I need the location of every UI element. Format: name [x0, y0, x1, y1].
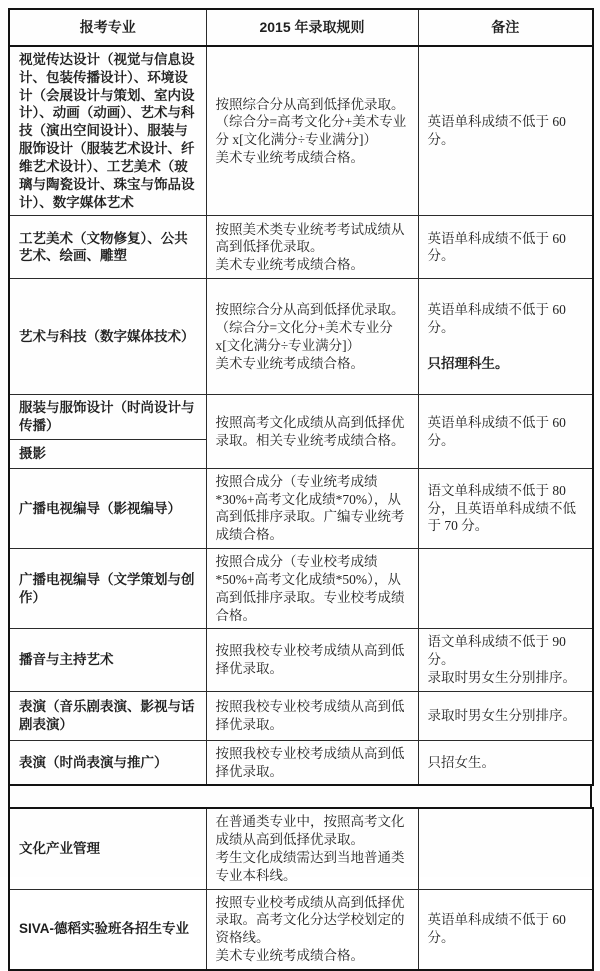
table-row: 工艺美术（文物修复）、公共艺术、绘画、雕塑 按照美术类专业统考考试成绩从高到低择… [9, 216, 593, 279]
table-row: 艺术与科技（数字媒体技术） 按照综合分从高到低择优录取。 （综合分=文化分+美术… [9, 279, 593, 395]
table-row: 广播电视编导（影视编导） 按照合成分（专业统考成绩*30%+高考文化成绩*70%… [9, 468, 593, 548]
note-text-bold: 只招理科生。 [428, 355, 584, 373]
rule-cell: 按照专业校考成绩从高到低择优录取。高考文化分达学校划定的资格线。 美术专业统考成… [206, 889, 418, 970]
rule-cell: 按照我校专业校考成绩从高到低择优录取。 [206, 740, 418, 785]
major-cell: 文化产业管理 [9, 808, 206, 889]
rule-cell: 在普通类专业中，按照高考文化成绩从高到低择优录取。 考生文化成绩需达到当地普通类… [206, 808, 418, 889]
note-cell: 英语单科成绩不低于 60 分。 [418, 889, 593, 970]
note-cell: 语文单科成绩不低于 90 分。 录取时男女生分别排序。 [418, 629, 593, 691]
rule-cell: 按照高考文化成绩从高到低择优录取。相关专业统考成绩合格。 [206, 395, 418, 469]
table-row: 视觉传达设计（视觉与信息设计、包装传播设计）、环境设计（会展设计与策划、室内设计… [9, 46, 593, 216]
major-cell: 表演（音乐剧表演、影视与话剧表演） [9, 691, 206, 740]
note-cell: 录取时男女生分别排序。 [418, 691, 593, 740]
document-page: 报考专业 2015 年录取规则 备注 视觉传达设计（视觉与信息设计、包装传播设计… [0, 0, 600, 877]
rule-cell: 按照我校专业校考成绩从高到低择优录取。 [206, 691, 418, 740]
major-cell: 服装与服饰设计（时尚设计与传播） [9, 395, 206, 440]
note-cell: 英语单科成绩不低于 60 分。 [418, 216, 593, 279]
major-cell: SIVA-德稻实验班各招生专业 [9, 889, 206, 970]
general-majors-table: 文化产业管理 在普通类专业中，按照高考文化成绩从高到低择优录取。 考生文化成绩需… [8, 807, 594, 971]
rule-cell: 按照合成分（专业统考成绩*30%+高考文化成绩*70%），从高到低排序录取。广编… [206, 468, 418, 548]
header-rule: 2015 年录取规则 [206, 9, 418, 46]
rule-cell: 按照综合分从高到低择优录取。 （综合分=高考文化分+美术专业分 x[文化满分÷专… [206, 46, 418, 216]
header-major: 报考专业 [9, 9, 206, 46]
major-cell: 摄影 [9, 439, 206, 468]
note-cell: 只招女生。 [418, 740, 593, 785]
table-row: 表演（音乐剧表演、影视与话剧表演） 按照我校专业校考成绩从高到低择优录取。 录取… [9, 691, 593, 740]
major-cell: 广播电视编导（影视编导） [9, 468, 206, 548]
table-row: 播音与主持艺术 按照我校专业校考成绩从高到低择优录取。 语文单科成绩不低于 90… [9, 629, 593, 691]
note-cell: 英语单科成绩不低于 60 分。 只招理科生。 [418, 279, 593, 395]
major-cell: 视觉传达设计（视觉与信息设计、包装传播设计）、环境设计（会展设计与策划、室内设计… [9, 46, 206, 216]
header-note: 备注 [418, 9, 593, 46]
header-row: 报考专业 2015 年录取规则 备注 [9, 9, 593, 46]
rule-cell: 按照美术类专业统考考试成绩从高到低择优录取。 美术专业统考成绩合格。 [206, 216, 418, 279]
note-text: 英语单科成绩不低于 60 分。 [428, 301, 584, 337]
note-cell [418, 808, 593, 889]
note-cell: 英语单科成绩不低于 60 分。 [418, 395, 593, 469]
table-row: 服装与服饰设计（时尚设计与传播） 按照高考文化成绩从高到低择优录取。相关专业统考… [9, 395, 593, 440]
major-cell: 工艺美术（文物修复）、公共艺术、绘画、雕塑 [9, 216, 206, 279]
table-row: 表演（时尚表演与推广） 按照我校专业校考成绩从高到低择优录取。 只招女生。 [9, 740, 593, 785]
table-separator [8, 786, 592, 807]
major-cell: 表演（时尚表演与推广） [9, 740, 206, 785]
note-cell: 语文单科成绩不低于 80 分，且英语单科成绩不低于 70 分。 [418, 468, 593, 548]
rule-cell: 按照合成分（专业校考成绩*50%+高考文化成绩*50%），从高到低排序录取。专业… [206, 549, 418, 629]
major-cell: 广播电视编导（文学策划与创作） [9, 549, 206, 629]
admission-rules-table: 报考专业 2015 年录取规则 备注 视觉传达设计（视觉与信息设计、包装传播设计… [8, 8, 594, 786]
table-row: 文化产业管理 在普通类专业中，按照高考文化成绩从高到低择优录取。 考生文化成绩需… [9, 808, 593, 889]
note-cell: 英语单科成绩不低于 60 分。 [418, 46, 593, 216]
major-cell: 艺术与科技（数字媒体技术） [9, 279, 206, 395]
table-row: 广播电视编导（文学策划与创作） 按照合成分（专业校考成绩*50%+高考文化成绩*… [9, 549, 593, 629]
table-row: SIVA-德稻实验班各招生专业 按照专业校考成绩从高到低择优录取。高考文化分达学… [9, 889, 593, 970]
rule-cell: 按照综合分从高到低择优录取。 （综合分=文化分+美术专业分 x[文化满分÷专业满… [206, 279, 418, 395]
note-cell [418, 549, 593, 629]
major-cell: 播音与主持艺术 [9, 629, 206, 691]
rule-cell: 按照我校专业校考成绩从高到低择优录取。 [206, 629, 418, 691]
